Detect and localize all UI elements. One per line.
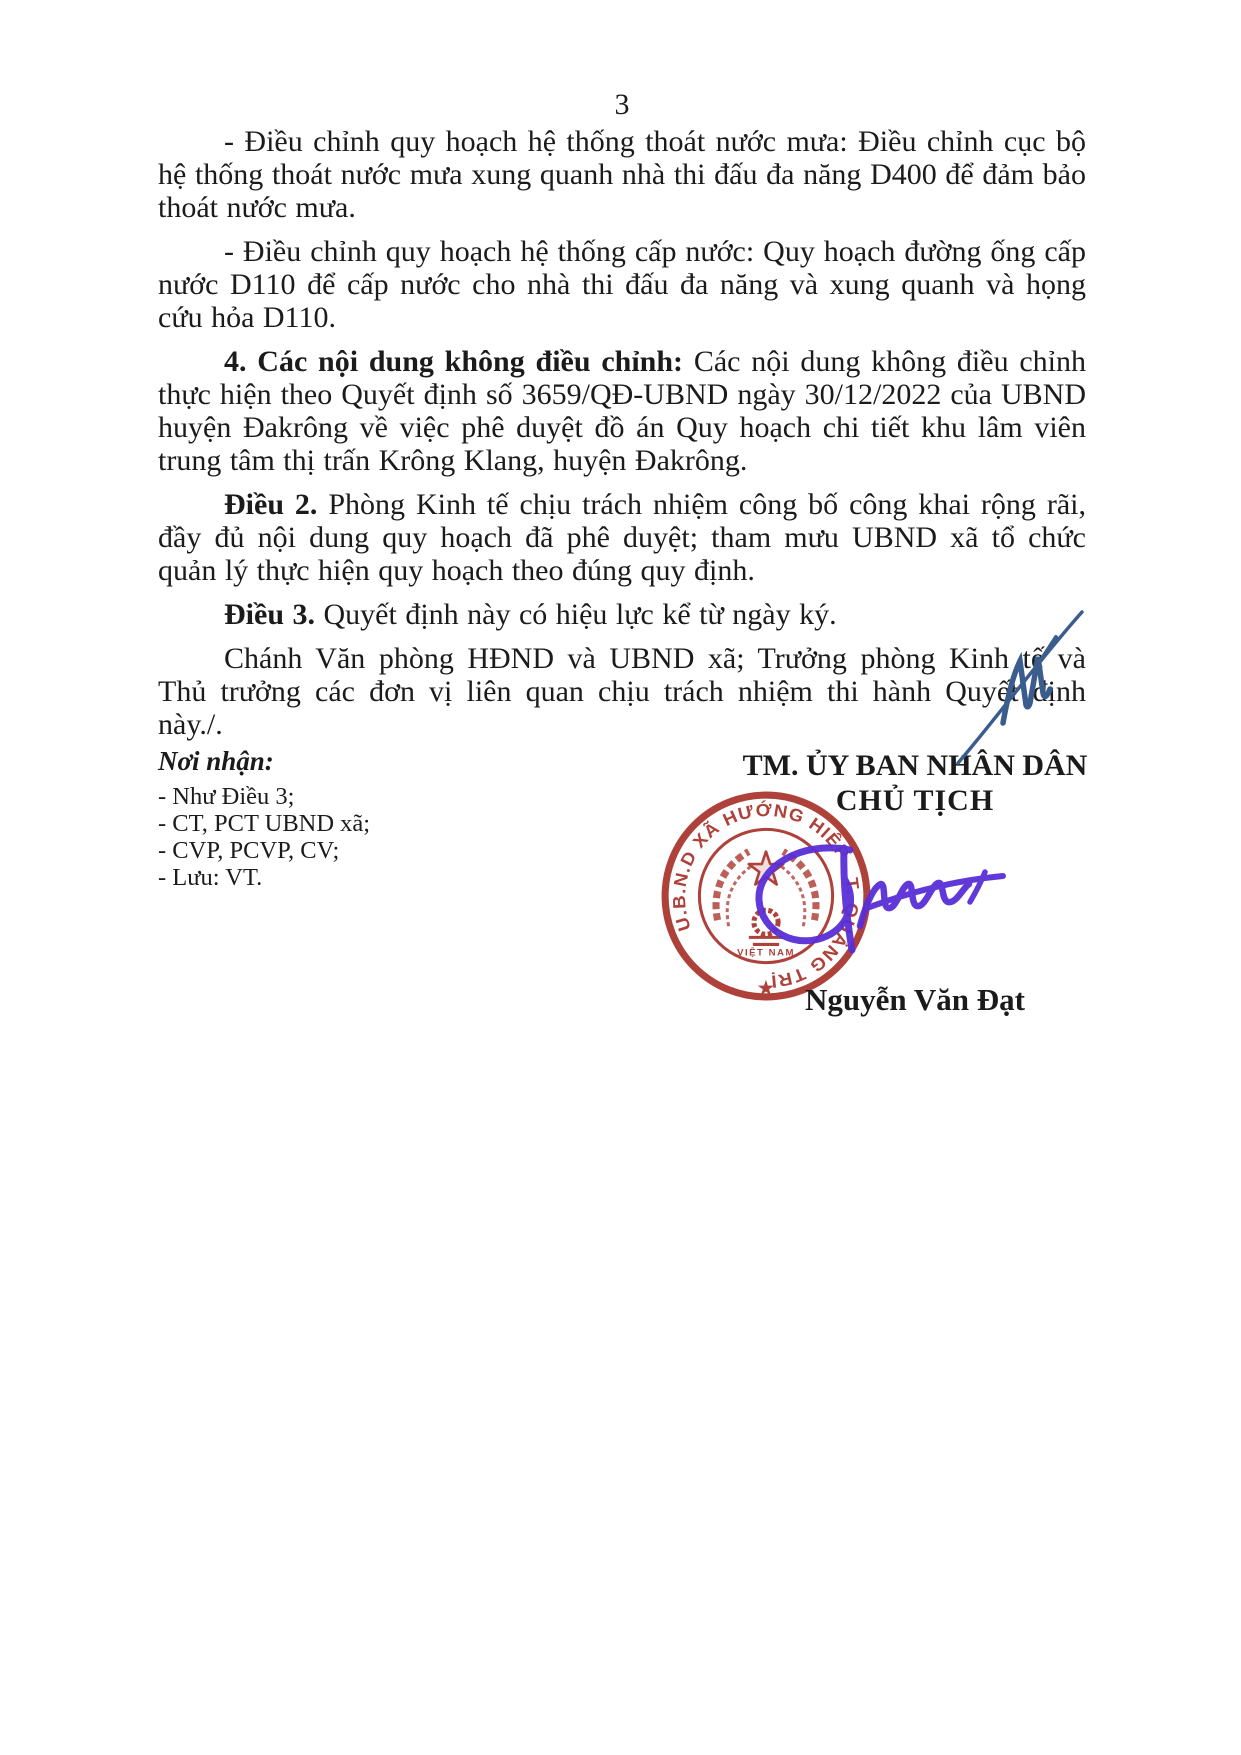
paragraph-lead: 4. Các nội dung không điều chỉnh: (224, 345, 694, 378)
paragraph-lead: Điều 2. (224, 488, 328, 521)
paragraph: - Điều chỉnh quy hoạch hệ thống cấp nước… (158, 235, 1086, 334)
recipient-item: - Lưu: VT. (158, 864, 518, 891)
document-page: 3 - Điều chỉnh quy hoạch hệ thống thoát … (0, 0, 1241, 1755)
signature-loop (759, 848, 851, 941)
recipients-title: Nơi nhận: (158, 745, 518, 777)
signer-name: Nguyễn Văn Đạt (690, 982, 1140, 1018)
recipients-block: Nơi nhận: - Như Điều 3; - CT, PCT UBND x… (158, 745, 518, 891)
paragraph: Điều 2. Phòng Kinh tế chịu trách nhiệm c… (158, 488, 1086, 587)
handwritten-signature (745, 838, 1010, 963)
paragraph: 4. Các nội dung không điều chỉnh: Các nộ… (158, 345, 1086, 477)
initial-flourish (940, 595, 1100, 775)
paragraph: - Điều chỉnh quy hoạch hệ thống thoát nư… (158, 125, 1086, 224)
page-number: 3 (158, 88, 1086, 121)
paragraph-lead: Điều 3. (224, 598, 324, 631)
paragraph-text: - Điều chỉnh quy hoạch hệ thống thoát nư… (158, 125, 1086, 224)
flourish-diagonal (958, 612, 1082, 763)
stamp-wreath-left (716, 852, 749, 921)
flourish-zigzag (1003, 657, 1050, 723)
paragraph-text: Quyết định này có hiệu lực kể từ ngày ký… (324, 598, 837, 631)
recipient-item: - CT, PCT UBND xã; (158, 810, 518, 837)
recipient-item: - Như Điều 3; (158, 783, 518, 810)
paragraph-text: - Điều chỉnh quy hoạch hệ thống cấp nước… (158, 235, 1086, 334)
recipient-item: - CVP, PCVP, CV; (158, 837, 518, 864)
